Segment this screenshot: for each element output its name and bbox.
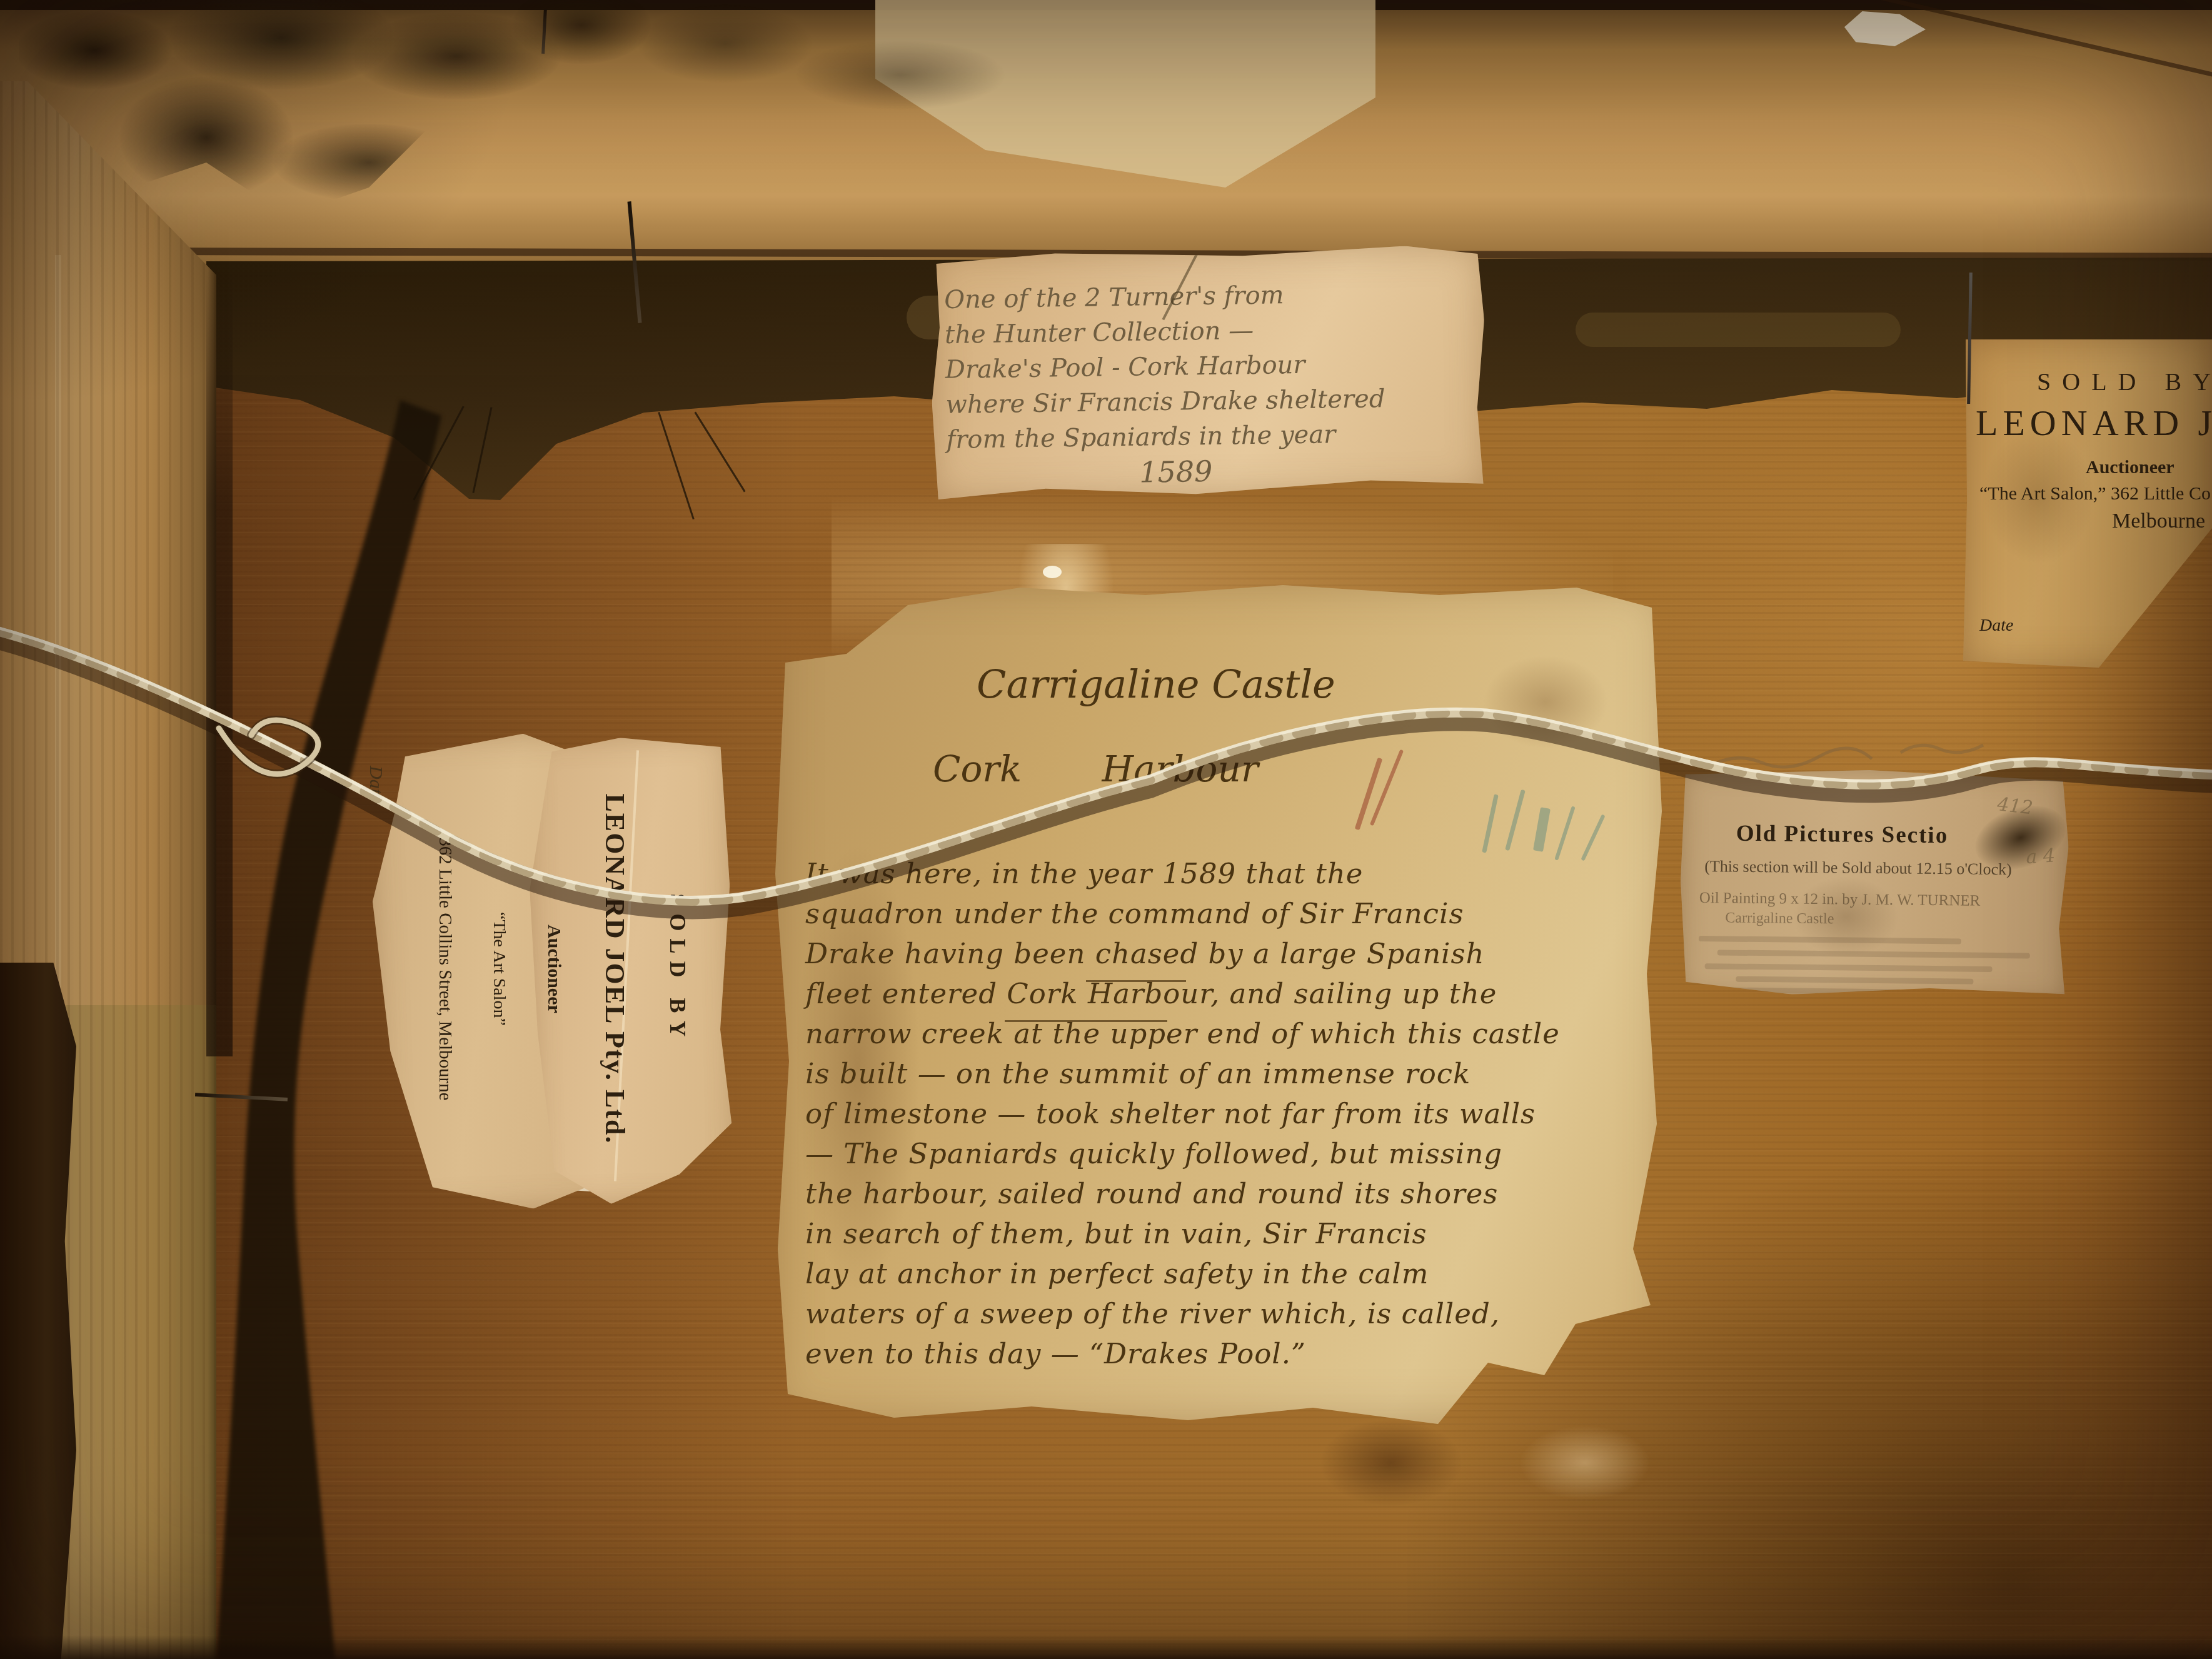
framed-picture-back-photo: One of the 2 Turner's from the Hunter Co…: [0, 0, 2212, 1659]
photo-vignette: [0, 0, 2212, 1659]
